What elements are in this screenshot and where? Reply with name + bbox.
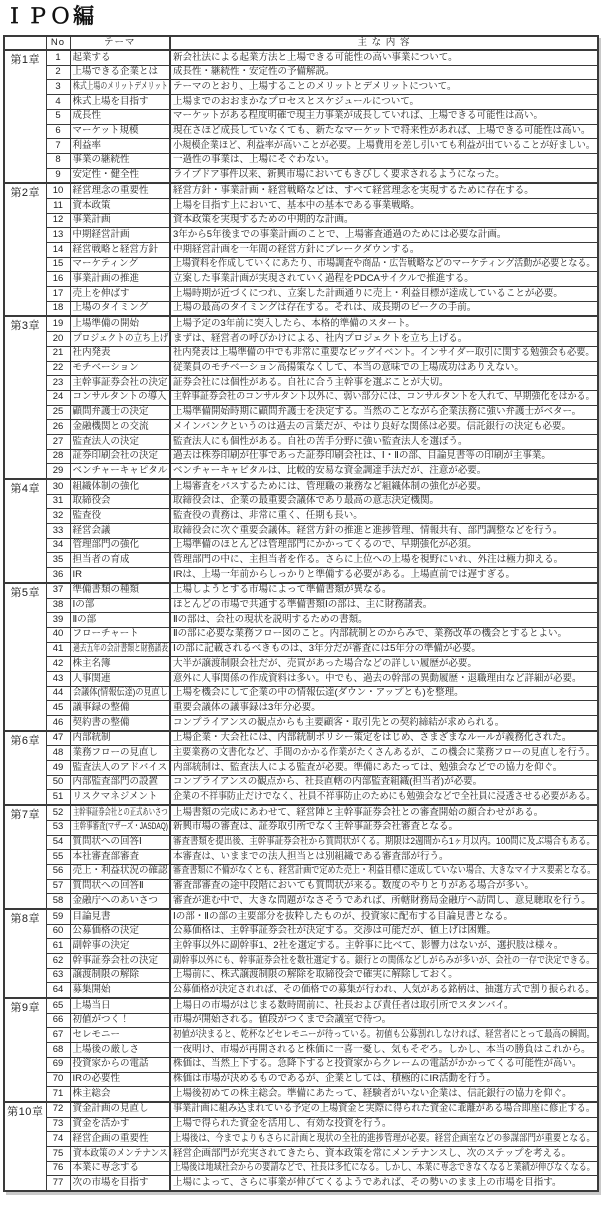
theme-text: 質問状への回答Ⅰ xyxy=(73,836,142,848)
table-row: 21社内発表社内発表は上場準備の中でも非常に重要なビッグイベント。インサイダー取… xyxy=(4,346,598,361)
no-text: 32 xyxy=(53,510,64,522)
theme-text: 金融庁へのあいさつ xyxy=(73,895,159,907)
content-text: 小規模企業ほど、利益率が高いことが必要。上場費用を差し引いても利益が出ていること… xyxy=(173,140,595,152)
theme-text: モチベーション xyxy=(73,362,139,374)
theme-cell: 社内発表 xyxy=(70,346,170,361)
content-text: 初値が決まると、乾杯などセレモニーが待っている。初値も公募割れしなければ、経営者… xyxy=(173,1029,595,1041)
no-cell: 9 xyxy=(46,168,70,183)
theme-cell: 初値がつく！ xyxy=(70,1013,170,1028)
no-cell: 37 xyxy=(46,583,70,598)
table-row: 56売上・利益状況の確認審査書類に不備がなくとも、経営計画で定めた売上・利益目標… xyxy=(4,864,598,879)
table-row: 24コンサルタントの導入主幹事証券会社のコンサルタント以外に、弱い部分には、コン… xyxy=(4,390,598,405)
no-text: 50 xyxy=(53,776,64,788)
theme-cell: 事業計画 xyxy=(70,213,170,228)
table-row: 35担当者の育成管理部門の中に、主担当者を作る。さらに上位への上場を視野にいれ、… xyxy=(4,553,598,568)
content-text: Ⅱの部は、会社の現状を説明するための書類。 xyxy=(173,614,368,626)
theme-text: 資本政策 xyxy=(73,200,111,212)
table-row: 3株式上場のメリットデメリットテーマのとおり、上場することのメリットとデメリット… xyxy=(4,80,598,95)
content-cell: Ⅰの部に記載されるべきものは、3年分だが審査には5年分の準備が必要。 xyxy=(170,642,598,657)
no-cell: 32 xyxy=(46,509,70,524)
theme-cell: 経営戦略と経営方針 xyxy=(70,243,170,258)
table-row: 第1章1起業する新会社法による起業方法と上場できる可能性の高い事業について。 xyxy=(4,50,598,65)
theme-cell: 資本政策のメンテナンス xyxy=(70,1146,170,1161)
theme-text: 証券印刷会社の決定 xyxy=(73,450,159,462)
theme-cell: 起業する xyxy=(70,50,170,65)
content-cell: 上場で得られた資金を活用し、有効な投資を行う。 xyxy=(170,1117,598,1132)
theme-text: 副幹事の決定 xyxy=(73,940,130,952)
theme-text: 投資家からの電話 xyxy=(73,1058,149,1070)
table-row: 15マーケティング上場資料を作成していくにあたり、市場調査や商品・広告戦略などの… xyxy=(4,257,598,272)
table-row: 28証券印刷会社の決定過去は株券印刷が仕事であった証券印刷会社は、Ⅰ・Ⅱの部、目… xyxy=(4,449,598,464)
theme-text: 上場のタイミング xyxy=(73,302,149,314)
no-cell: 66 xyxy=(46,1013,70,1028)
content-text: 一過性の事業は、上場にそぐわない。 xyxy=(173,154,335,166)
theme-text: 株式上場を目指す xyxy=(73,96,149,108)
theme-text: 株主総会 xyxy=(73,1088,111,1100)
no-cell: 61 xyxy=(46,939,70,954)
no-text: 15 xyxy=(53,258,64,270)
no-text: 17 xyxy=(53,288,64,300)
table-row: 41過去五年の会計書類と財務諸表Ⅰの部に記載されるべきものは、3年分だが審査には… xyxy=(4,642,598,657)
no-text: 72 xyxy=(53,1103,64,1115)
no-text: 14 xyxy=(53,244,64,256)
no-text: 36 xyxy=(53,569,64,581)
content-cell: Ⅱの部に必要な業務フロー図のこと。内部統制とのからみで、業務改革の機会とするとよ… xyxy=(170,627,598,642)
no-text: 60 xyxy=(53,925,64,937)
no-text: 56 xyxy=(53,865,64,877)
no-text: 30 xyxy=(53,481,64,493)
header-chapter xyxy=(4,36,46,50)
content-text: テーマのとおり、上場することのメリットとデメリットについて。 xyxy=(173,81,456,93)
content-cell: コンプライアンスの観点からも主要顧客・取引先との契約締結が求められる。 xyxy=(170,716,598,731)
no-text: 13 xyxy=(53,229,64,241)
no-text: 46 xyxy=(53,717,64,729)
theme-cell: 資金を活かす xyxy=(70,1117,170,1132)
content-cell: 企業の不祥事防止だけでなく、社員不祥事防止のためにも勉強会などで全社員に浸透させ… xyxy=(170,790,598,805)
content-cell: ライブドア事件以来、新興市場においてもきびしく要求されるようになった。 xyxy=(170,168,598,183)
content-text: コンプライアンスの観点からも主要顧客・取引先との契約締結が求められる。 xyxy=(173,717,504,729)
no-cell: 26 xyxy=(46,420,70,435)
theme-cell: 上場できる企業とは xyxy=(70,65,170,80)
content-cell: 取締役会に次ぐ重要会議体。経営方針の推進と進捗管理、情報共有、部門調整などを行う… xyxy=(170,524,598,539)
theme-cell: 経営理念の重要性 xyxy=(70,183,170,198)
table-row: 53主幹事審査(マザーズ・JASDAQ)新興市場の審査は、証券取引所でなく主幹事… xyxy=(4,820,598,835)
no-cell: 49 xyxy=(46,761,70,776)
table-header: No テーマ 主 な 内 容 xyxy=(4,36,598,50)
table-row: 43人事関連意外に人事関係の作成資料は多い。中でも、過去の幹部の異動履歴・退職理… xyxy=(4,671,598,686)
no-cell: 42 xyxy=(46,657,70,672)
no-cell: 41 xyxy=(46,642,70,657)
content-text: 3年から5年後までの事業計画のことで、上場審査通過のためには必要な計画。 xyxy=(173,229,506,241)
no-cell: 31 xyxy=(46,494,70,509)
no-text: 7 xyxy=(55,140,60,152)
theme-cell: 株式上場を目指す xyxy=(70,95,170,110)
no-text: 69 xyxy=(53,1058,64,1070)
theme-text: 金融機関との交流 xyxy=(73,421,149,433)
content-text: 立案した事業計画が実現されていく過程をPDCAサイクルで推進する。 xyxy=(173,273,474,285)
theme-cell: 組織体制の強化 xyxy=(70,479,170,494)
content-text: 公募価格は、主幹事証券会社が決定する。交渉は可能だが、値上げは困難。 xyxy=(173,925,496,937)
theme-cell: 経営企画の重要性 xyxy=(70,1132,170,1147)
no-cell: 67 xyxy=(46,1028,70,1043)
theme-cell: 本業に専念する xyxy=(70,1161,170,1176)
theme-text: 経営企画の重要性 xyxy=(73,1133,149,1145)
content-cell: 上場資料を作成していくにあたり、市場調査や商品・広告戦略などのマーケティング活動… xyxy=(170,257,598,272)
content-text: Ⅰの部に記載されるべきものは、3年分だが審査には5年分の準備が必要。 xyxy=(173,643,481,655)
no-cell: 43 xyxy=(46,671,70,686)
table-row: 13中期経営計画3年から5年後までの事業計画のことで、上場審査通過のためには必要… xyxy=(4,228,598,243)
theme-text: 初値がつく！ xyxy=(73,1014,130,1026)
table-row: 33経営会議取締役会に次ぐ重要会議体。経営方針の推進と進捗管理、情報共有、部門調… xyxy=(4,524,598,539)
no-text: 4 xyxy=(55,96,60,108)
content-cell: 株価は、当然上下する。急降下すると投資家からクレームの電話がかかってくる可能性が… xyxy=(170,1057,598,1072)
no-cell: 21 xyxy=(46,346,70,361)
content-cell: 上場時期が近づくにつれ、立案した計画通りに売上・利益目標が達成していることが必要… xyxy=(170,287,598,302)
theme-cell: 事業の継続性 xyxy=(70,153,170,168)
content-text: 審査書類を提出後、主幹事証券会社から質問状がくる。期限は2週間から1ヶ月以内。1… xyxy=(173,836,595,848)
theme-cell: 利益率 xyxy=(70,139,170,154)
no-cell: 1 xyxy=(46,50,70,65)
content-cell: 上場企業・大会社には、内部統制ポリシー策定をはじめ、さまざまなルールが義務化され… xyxy=(170,731,598,746)
theme-text: 取締役会 xyxy=(73,495,111,507)
content-text: ベンチャーキャピタルは、比較的安易な資金調達手法だが、注意が必要。 xyxy=(173,465,486,477)
content-text: 審査が進む中で、大きな問題がなさそうであれば、所轄財務局金融庁へ訪問し、意見聴取… xyxy=(173,895,591,907)
theme-cell: マーケット規模 xyxy=(70,124,170,139)
content-cell: 上場日の市場がはじまる数時間前に、社長および責任者は取引所でスタンバイ。 xyxy=(170,998,598,1013)
theme-cell: 過去五年の会計書類と財務諸表 xyxy=(70,642,170,657)
no-cell: 57 xyxy=(46,879,70,894)
theme-text: IRの必要性 xyxy=(73,1073,121,1085)
no-text: 16 xyxy=(53,273,64,285)
content-text: Ⅰの部・Ⅱの部の主要部分を抜粋したものが、投資家に配布する目論見書となる。 xyxy=(173,911,513,923)
theme-text: 利益率 xyxy=(73,140,102,152)
content-text: 本審査は、いままでの法人担当とは別組織である審査部が行う。 xyxy=(173,851,449,863)
table-row: 73資金を活かす上場で得られた資金を活用し、有効な投資を行う。 xyxy=(4,1117,598,1132)
table-row: 75資本政策のメンテナンス経営企画部門が充実されてきたら、資本政策を常にメンテナ… xyxy=(4,1146,598,1161)
content-text: 経営方針・事業計画・経営戦略などは、すべて経営理念を実現するために存在する。 xyxy=(173,185,534,197)
content-text: 成長性・継続性・安定性の予備解説。 xyxy=(173,66,335,78)
theme-cell: Ⅱの部 xyxy=(70,613,170,628)
no-text: 43 xyxy=(53,673,64,685)
chapter-label: 第9章 xyxy=(4,998,46,1102)
theme-cell: 幹事証券会社の決定 xyxy=(70,954,170,969)
no-cell: 45 xyxy=(46,701,70,716)
theme-text: 主幹事審査(マザーズ・JASDAQ) xyxy=(73,821,168,833)
content-text: 大半が譲渡制限会社だが、売買があった場合などの詳しい履歴が必要。 xyxy=(173,658,477,670)
content-cell: 審査書類を提出後、主幹事証券会社から質問状がくる。期限は2週間から1ヶ月以内。1… xyxy=(170,835,598,850)
table-row: 45議事録の整備重要会議体の議事録は3年分必要。 xyxy=(4,701,598,716)
theme-cell: マーケティング xyxy=(70,257,170,272)
no-cell: 3 xyxy=(46,80,70,95)
theme-cell: 経営会議 xyxy=(70,524,170,539)
no-text: 31 xyxy=(53,495,64,507)
theme-cell: プロジェクトの立ち上げ xyxy=(70,332,170,347)
table-row: 17売上を伸ばす上場時期が近づくにつれ、立案した計画通りに売上・利益目標が達成し… xyxy=(4,287,598,302)
no-text: 2 xyxy=(55,66,60,78)
content-cell: 従業員のモチベーション高揚策なくして、本当の意味での上場成功はありえない。 xyxy=(170,361,598,376)
no-cell: 77 xyxy=(46,1176,70,1191)
content-text: 監査役の責務は、非常に重く、任期も長い。 xyxy=(173,510,363,522)
table-row: 第6章47内部統制上場企業・大会社には、内部統制ポリシー策定をはじめ、さまざまな… xyxy=(4,731,598,746)
chapter-label: 第1章 xyxy=(4,50,46,183)
theme-text: 中期経営計画 xyxy=(73,229,130,241)
no-cell: 55 xyxy=(46,850,70,865)
no-cell: 28 xyxy=(46,449,70,464)
content-cell: 公募価格は、主幹事証券会社が決定する。交渉は可能だが、値上げは困難。 xyxy=(170,924,598,939)
content-text: 上場で得られた資金を活用し、有効な投資を行う。 xyxy=(173,1118,392,1130)
theme-text: 監査法人のアドバイス xyxy=(73,762,168,774)
no-text: 22 xyxy=(53,362,64,374)
table-body: 第1章1起業する新会社法による起業方法と上場できる可能性の高い事業について。2上… xyxy=(4,50,598,1191)
theme-text: 内部統制 xyxy=(73,732,111,744)
no-cell: 40 xyxy=(46,627,70,642)
content-cell: 上場しようとする市場によって準備書類が異なる。 xyxy=(170,583,598,598)
content-cell: 内部統制は、監査法人による監査が必要。準備にあたっては、勉強会などでの協力を仰ぐ… xyxy=(170,761,598,776)
no-text: 42 xyxy=(53,658,64,670)
content-text: 上場予定の3年前に突入したら、本格的準備のスタート。 xyxy=(173,318,415,330)
table-row: 31取締役会取締役会は、企業の最重要会議体であり最高の意志決定機関。 xyxy=(4,494,598,509)
theme-text: 幹事証券会社の決定 xyxy=(73,955,159,967)
theme-text: セレモニー xyxy=(73,1029,121,1041)
theme-cell: モチベーション xyxy=(70,361,170,376)
content-cell: IRは、上場一年前からしっかりと準備する必要がある。上場直前では遅すぎる。 xyxy=(170,568,598,583)
theme-text: 経営理念の重要性 xyxy=(73,185,149,197)
table-row: 8事業の継続性一過性の事業は、上場にそぐわない。 xyxy=(4,153,598,168)
content-text: 上場によって、さらに事業が伸びてくるようであれば、その勢いのまま上の市場を目指す… xyxy=(173,1177,562,1189)
table-row: 34管理部門の強化上場準備のほとんどは管理部門にかかってくるので、早期強化が必須… xyxy=(4,538,598,553)
no-cell: 18 xyxy=(46,301,70,316)
theme-text: 起業する xyxy=(73,52,111,64)
theme-cell: 株式上場のメリットデメリット xyxy=(70,80,170,95)
theme-text: 売上を伸ばす xyxy=(73,288,130,300)
content-text: 上場企業・大会社には、内部統制ポリシー策定をはじめ、さまざまなルールが義務化され… xyxy=(173,732,571,744)
no-cell: 38 xyxy=(46,598,70,613)
content-text: 上場を機会にして企業の中の情報伝達(ダウン・アップとも)を整理。 xyxy=(173,687,464,699)
content-text: 上場書類の完成にあわせて、経営陣と主幹事証券会社との審査開始の顔合わせがある。 xyxy=(173,807,543,819)
no-cell: 22 xyxy=(46,361,70,376)
theme-text: 資金計画の見直し xyxy=(73,1103,149,1115)
no-text: 63 xyxy=(53,969,64,981)
table-row: 64募集開始公募価格が決定されれば、その価格での募集が行われ、人気がある銘柄は、… xyxy=(4,983,598,998)
no-cell: 62 xyxy=(46,954,70,969)
content-cell: まずは、経営者の呼びかけによる、社内プロジェクトを立ち上げる。 xyxy=(170,332,598,347)
table-row: 第9章65上場当日上場日の市場がはじまる数時間前に、社長および責任者は取引所でス… xyxy=(4,998,598,1013)
table-row: 42株主名簿大半が譲渡制限会社だが、売買があった場合などの詳しい履歴が必要。 xyxy=(4,657,598,672)
content-cell: Ⅰの部・Ⅱの部の主要部分を抜粋したものが、投資家に配布する目論見書となる。 xyxy=(170,909,598,924)
header-theme: テーマ xyxy=(70,36,170,50)
content-text: 株価は、当然上下する。急降下すると投資家からクレームの電話がかかってくる可能性が… xyxy=(173,1058,582,1070)
theme-text: 次の市場を目指す xyxy=(73,1177,149,1189)
theme-text: 主幹事証券会社の決定 xyxy=(73,377,168,389)
no-cell: 17 xyxy=(46,287,70,302)
no-text: 58 xyxy=(53,895,64,907)
theme-cell: 安定性・健全性 xyxy=(70,168,170,183)
theme-cell: IR xyxy=(70,568,170,583)
content-cell: 上場までのおおまかなプロセスとスケジュールについて。 xyxy=(170,95,598,110)
content-text: コンプライアンスの観点から、社長直轄の内部監査組織(担当者)が必要。 xyxy=(173,776,482,788)
content-cell: 上場の最高のタイミングは存在する。それは、成長期のピークの手前。 xyxy=(170,301,598,316)
theme-cell: 上場当日 xyxy=(70,998,170,1013)
no-text: 71 xyxy=(53,1088,64,1100)
content-text: 重要会議体の議事録は3年分必要。 xyxy=(173,702,321,714)
theme-text: 上場準備の開始 xyxy=(73,318,140,330)
content-text: 新会社法による起業方法と上場できる可能性の高い事業について。 xyxy=(173,52,458,64)
no-text: 41 xyxy=(53,643,64,655)
no-cell: 71 xyxy=(46,1087,70,1102)
table-row: 38Ⅰの部ほとんどの市場で共通する準備書類Ⅰの部は、主に財務諸表。 xyxy=(4,598,598,613)
content-cell: 新興市場の審査は、証券取引所でなく主幹事証券会社審査となる。 xyxy=(170,820,598,835)
content-cell: 公募価格が決定されれば、その価格での募集が行われ、人気がある銘柄は、抽選方式で割… xyxy=(170,983,598,998)
theme-text: 経営会議 xyxy=(73,525,111,537)
theme-cell: 上場準備の開始 xyxy=(70,316,170,331)
theme-cell: 上場のタイミング xyxy=(70,301,170,316)
content-cell: 上場後は地域社会からの要請などで、社長は多忙になる。しかし、本業に専念できなくな… xyxy=(170,1161,598,1176)
theme-cell: 監査法人の決定 xyxy=(70,434,170,449)
theme-text: 公募価格の決定 xyxy=(73,925,140,937)
theme-text: 質問状への回答Ⅱ xyxy=(73,880,144,892)
no-cell: 13 xyxy=(46,228,70,243)
table-row: 第3章19上場準備の開始上場予定の3年前に突入したら、本格的準備のスタート。 xyxy=(4,316,598,331)
no-cell: 65 xyxy=(46,998,70,1013)
theme-cell: 内部監査部門の設置 xyxy=(70,775,170,790)
content-cell: 審査書類に不備がなくとも、経営計画で定めた売上・利益目標に達成していない場合、大… xyxy=(170,864,598,879)
no-text: 47 xyxy=(53,732,64,744)
content-text: 審査部審査の途中段階においても質問状が来る。数度のやりとりがある場合が多い。 xyxy=(173,880,534,892)
table-row: 63譲渡制限の解除上場前に、株式譲渡制限の解除を取締役会で確実に解除しておく。 xyxy=(4,968,598,983)
theme-cell: 売上を伸ばす xyxy=(70,287,170,302)
table-row: 36IRIRは、上場一年前からしっかりと準備する必要がある。上場直前では遅すぎる… xyxy=(4,568,598,583)
content-text: 上場準備開始時期に顧問弁護士を決定する。当然のことながら企業法務に強い弁護士がベ… xyxy=(173,406,581,418)
theme-cell: コンサルタントの導入 xyxy=(70,390,170,405)
table-row: 第7章52主幹事証券会社との正式あいさつ上場書類の完成にあわせて、経営陣と主幹事… xyxy=(4,805,598,820)
no-cell: 25 xyxy=(46,405,70,420)
no-cell: 60 xyxy=(46,924,70,939)
table-row: 14経営戦略と経営方針中期経営計画を一年間の経営方針にブレークダウンする。 xyxy=(4,243,598,258)
chapter-label: 第4章 xyxy=(4,479,46,583)
content-cell: 一夜明け、市場が再開されると株価に一喜一憂し、気もそぞろ。しかし、本当の勝負はこ… xyxy=(170,1043,598,1058)
content-cell: 上場予定の3年前に突入したら、本格的準備のスタート。 xyxy=(170,316,598,331)
no-text: 12 xyxy=(53,214,64,226)
no-text: 8 xyxy=(55,154,60,166)
theme-text: 募集開始 xyxy=(73,984,111,996)
no-cell: 76 xyxy=(46,1161,70,1176)
no-text: 27 xyxy=(53,436,64,448)
table-row: 6マーケット規模現在さほど成長していなくても、新たなマーケットで将来性があれば、… xyxy=(4,124,598,139)
content-cell: 成長性・継続性・安定性の予備解説。 xyxy=(170,65,598,80)
theme-cell: 質問状への回答Ⅱ xyxy=(70,879,170,894)
table-row: 68上場後の厳しさ一夜明け、市場が再開されると株価に一喜一憂し、気もそぞろ。しか… xyxy=(4,1043,598,1058)
no-cell: 12 xyxy=(46,213,70,228)
table-row: 7利益率小規模企業ほど、利益率が高いことが必要。上場費用を差し引いても利益が出て… xyxy=(4,139,598,154)
content-text: 上場前に、株式譲渡制限の解除を取締役会で確実に解除しておく。 xyxy=(173,969,458,981)
theme-text: IR xyxy=(73,569,83,581)
theme-cell: 内部統制 xyxy=(70,731,170,746)
no-cell: 44 xyxy=(46,686,70,701)
no-cell: 72 xyxy=(46,1102,70,1117)
no-cell: 73 xyxy=(46,1117,70,1132)
theme-cell: 人事関連 xyxy=(70,671,170,686)
theme-text: 経営戦略と経営方針 xyxy=(73,244,159,256)
no-text: 19 xyxy=(53,318,64,330)
theme-text: 事業の継続性 xyxy=(73,154,130,166)
no-cell: 10 xyxy=(46,183,70,198)
content-text: 上場後初めての株主総会。準備にあたって、経験者がいない企業は、信託銀行の協力を仰… xyxy=(173,1088,572,1100)
no-text: 40 xyxy=(53,628,64,640)
table-row: 5成長性マーケットがある程度明確で現主力事業が成長していれば、上場できる可能性は… xyxy=(4,109,598,124)
theme-text: 管理部門の強化 xyxy=(73,539,140,551)
no-cell: 4 xyxy=(46,95,70,110)
no-cell: 35 xyxy=(46,553,70,568)
content-text: 上場しようとする市場によって準備書類が異なる。 xyxy=(173,584,392,596)
content-text: マーケットがある程度明確で現主力事業が成長していれば、上場できる可能性は高い。 xyxy=(173,110,543,122)
table-row: 40フローチャートⅡの部に必要な業務フロー図のこと。内部統制とのからみで、業務改… xyxy=(4,627,598,642)
table-row: 71株主総会上場後初めての株主総会。準備にあたって、経験者がいない企業は、信託銀… xyxy=(4,1087,598,1102)
content-text: ライブドア事件以来、新興市場においてもきびしく要求されるようになった。 xyxy=(173,169,505,181)
chapter-label: 第7章 xyxy=(4,805,46,909)
theme-cell: 募集開始 xyxy=(70,983,170,998)
theme-text: コンサルタントの導入 xyxy=(73,391,167,403)
theme-cell: Ⅰの部 xyxy=(70,598,170,613)
table-row: 39Ⅱの部Ⅱの部は、会社の現状を説明するための書類。 xyxy=(4,613,598,628)
theme-text: 成長性 xyxy=(73,110,102,122)
content-cell: 上場によって、さらに事業が伸びてくるようであれば、その勢いのまま上の市場を目指す… xyxy=(170,1176,598,1191)
table-row: 25顧問弁護士の決定上場準備開始時期に顧問弁護士を決定する。当然のことながら企業… xyxy=(4,405,598,420)
content-cell: 株価は市場が決めるものであるが、企業としては、積極的にIR活動を行う。 xyxy=(170,1072,598,1087)
content-text: 一夜明け、市場が再開されると株価に一喜一憂し、気もそぞろ。しかし、本当の勝負はこ… xyxy=(173,1044,591,1056)
no-text: 33 xyxy=(53,525,64,537)
theme-cell: 業務フローの見直し xyxy=(70,746,170,761)
table-row: 70IRの必要性株価は市場が決めるものであるが、企業としては、積極的にIR活動を… xyxy=(4,1072,598,1087)
no-text: 74 xyxy=(53,1133,64,1145)
theme-text: 監査役 xyxy=(73,510,102,522)
no-text: 35 xyxy=(53,554,64,566)
no-cell: 59 xyxy=(46,909,70,924)
table-row: 57質問状への回答Ⅱ審査部審査の途中段階においても質問状が来る。数度のやりとりが… xyxy=(4,879,598,894)
content-text: メインバンクというのは過去の言葉だが、やはり良好な関係は必要。信託銀行の決定も必… xyxy=(173,421,571,433)
no-text: 34 xyxy=(53,539,64,551)
content-cell: 上場書類の完成にあわせて、経営陣と主幹事証券会社との審査開始の顔合わせがある。 xyxy=(170,805,598,820)
theme-cell: 顧問弁護士の決定 xyxy=(70,405,170,420)
theme-text: 資本政策のメンテナンス xyxy=(73,1148,168,1160)
header-row: No テーマ 主 な 内 容 xyxy=(4,36,598,50)
chapter-label: 第3章 xyxy=(4,316,46,479)
table-row: 58金融庁へのあいさつ審査が進む中で、大きな問題がなさそうであれば、所轄財務局金… xyxy=(4,894,598,909)
content-text: IRは、上場一年前からしっかりと準備する必要がある。上場直前では遅すぎる。 xyxy=(173,569,515,581)
theme-cell: 成長性 xyxy=(70,109,170,124)
no-text: 44 xyxy=(53,687,64,699)
content-cell: 経営企画部門が充実されてきたら、資本政策を常にメンテナンスし、次のステップを考え… xyxy=(170,1146,598,1161)
content-text: 市場が開始される。値段がつくまで会議室で待つ。 xyxy=(173,1014,391,1026)
theme-cell: 事業計画の推進 xyxy=(70,272,170,287)
table-row: 9安定性・健全性ライブドア事件以来、新興市場においてもきびしく要求されるようにな… xyxy=(4,168,598,183)
theme-text: 組織体制の強化 xyxy=(73,481,140,493)
chapter-label: 第10章 xyxy=(4,1102,46,1191)
content-text: 株価は市場が決めるものであるが、企業としては、積極的にIR活動を行う。 xyxy=(173,1073,496,1085)
theme-text: マーケット規模 xyxy=(73,125,139,137)
content-text: 上場を目指す上において、基本中の基本である事業戦略。 xyxy=(173,200,420,212)
no-text: 54 xyxy=(53,836,64,848)
no-text: 64 xyxy=(53,984,64,996)
no-text: 28 xyxy=(53,450,64,462)
content-cell: 初値が決まると、乾杯などセレモニーが待っている。初値も公募割れしなければ、経営者… xyxy=(170,1028,598,1043)
table-row: 2上場できる企業とは成長性・継続性・安定性の予備解説。 xyxy=(4,65,598,80)
theme-cell: 売上・利益状況の確認 xyxy=(70,864,170,879)
content-cell: テーマのとおり、上場することのメリットとデメリットについて。 xyxy=(170,80,598,95)
table-row: 46契約書の整備コンプライアンスの観点からも主要顧客・取引先との契約締結が求めら… xyxy=(4,716,598,731)
theme-cell: リスクマネジメント xyxy=(70,790,170,805)
theme-cell: 副幹事の決定 xyxy=(70,939,170,954)
content-cell: 副幹事以外にも、幹事証券会社を数社選定する。銀行との関係などしがらみが多いが、会… xyxy=(170,954,598,969)
